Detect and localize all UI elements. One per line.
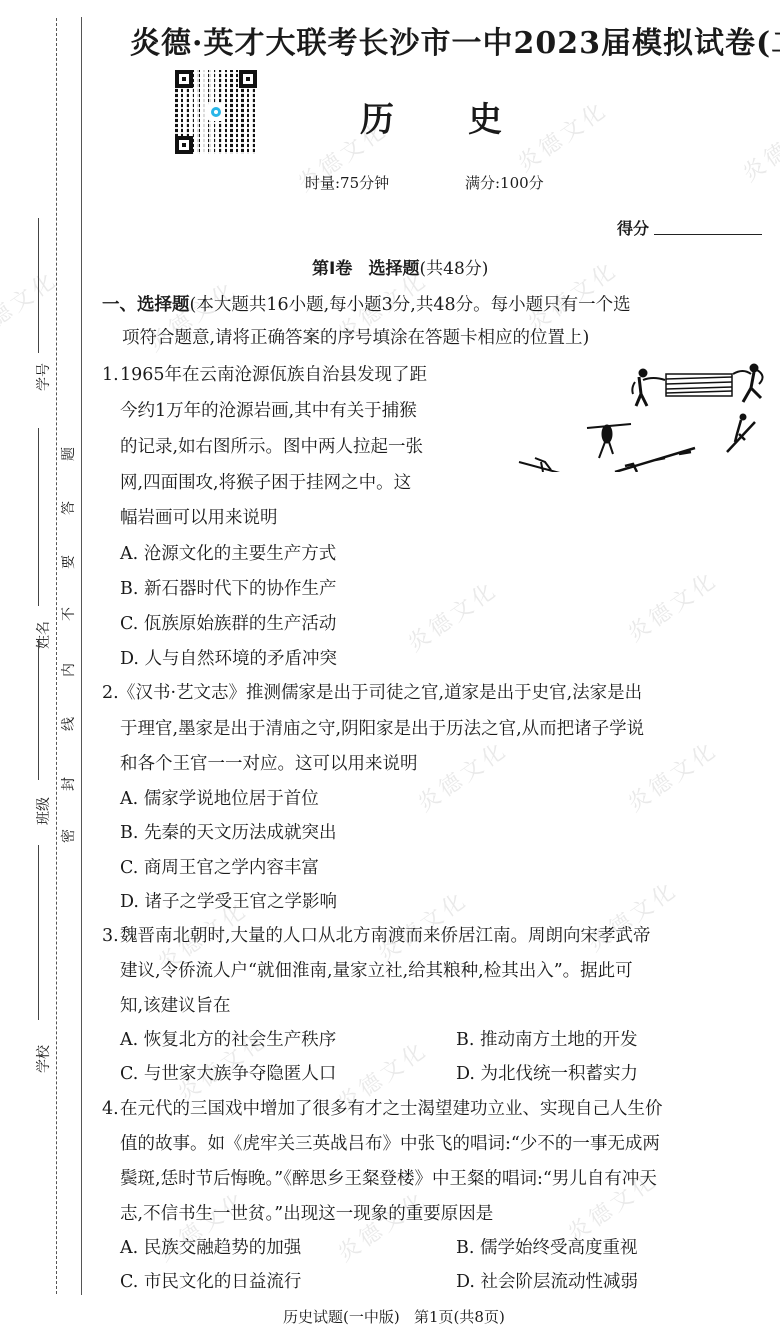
question-number: 1. — [102, 359, 119, 392]
student-id-label: 学号 — [37, 357, 51, 397]
margin-border-line — [81, 17, 82, 1295]
seal-note-char: 不 — [58, 603, 78, 625]
option-a[interactable]: A. 儒家学说地位居于首位 — [120, 783, 319, 816]
option-d[interactable]: D. 为北伐统一积蓄实力 — [456, 1058, 638, 1091]
question-text-line: 值的故事。如《虎牢关三英战吕布》中张飞的唱词:“少不的一事无成两 — [120, 1128, 660, 1161]
question-text-line: 和各个王官一一对应。这可以用来说明 — [120, 748, 418, 781]
option-c[interactable]: C. 市民文化的日益流行 — [120, 1266, 301, 1299]
option-b[interactable]: B. 儒学始终受高度重视 — [456, 1232, 638, 1265]
section-part: 第Ⅰ卷 — [312, 259, 352, 279]
subject-title-char-2: 史 — [468, 92, 502, 141]
class-line[interactable] — [38, 640, 39, 780]
watermark: 炎德文化 — [621, 563, 724, 648]
seal-note-char: 要 — [58, 551, 78, 573]
exam-duration: 时量:75分钟 — [305, 172, 389, 193]
seal-note-char: 封 — [58, 773, 78, 795]
question-text-line: 网,四面围攻,将猴子困于挂网之中。这 — [120, 467, 411, 500]
question-number: 2. — [102, 677, 119, 710]
option-a[interactable]: A. 民族交融趋势的加强 — [120, 1232, 301, 1265]
question-text-line: 幅岩画可以用来说明 — [120, 502, 278, 535]
watermark: 炎德文化 — [736, 103, 780, 188]
name-line[interactable] — [38, 428, 39, 606]
section-name: 选择题 — [369, 259, 420, 279]
question-text-line: 的记录,如右图所示。图中两人拉起一张 — [120, 431, 423, 464]
subject-title-char-1: 历 — [360, 92, 394, 141]
question-text-line: 知,该建议旨在 — [120, 990, 231, 1023]
option-d[interactable]: D. 社会阶层流动性减弱 — [456, 1266, 638, 1299]
question-text-line: 建议,令侨流人户“就佃淮南,量家立社,给其粮种,检其出入”。据此可 — [120, 955, 633, 988]
seal-note-char: 线 — [58, 713, 78, 735]
exam-title: 炎德·英才大联考长沙市一中2023届模拟试卷(二) — [130, 18, 730, 62]
option-d[interactable]: D. 人与自然环境的矛盾冲突 — [120, 643, 337, 676]
watermark: 炎德文化 — [511, 93, 614, 178]
name-label: 姓名 — [37, 615, 51, 655]
school-line[interactable] — [38, 845, 39, 1020]
section-points: (共48分) — [420, 259, 489, 279]
score-input-line[interactable] — [654, 234, 762, 235]
question-number: 3. — [102, 920, 119, 953]
option-b[interactable]: B. 新石器时代下的协作生产 — [120, 573, 337, 606]
option-b[interactable]: B. 推动南方土地的开发 — [456, 1024, 638, 1057]
instructions-line-1: (本大题共16小题,每小题3分,共48分。每小题只有一个选 — [190, 295, 631, 315]
question-text-line: 鬓斑,恁时节后悔晚。”《醉思乡王粲登楼》中王粲的唱词:“男儿自有冲天 — [120, 1163, 657, 1196]
school-label: 学校 — [37, 1039, 51, 1079]
app-logo-icon — [207, 103, 225, 121]
full-score: 满分:100分 — [465, 172, 544, 193]
qr-code-icon[interactable] — [175, 70, 257, 154]
question-text-line: 魏晋南北朝时,大量的人口从北方南渡而来侨居江南。周朗向宋孝武帝 — [120, 920, 651, 953]
question-number: 4. — [102, 1093, 119, 1126]
option-a[interactable]: A. 沧源文化的主要生产方式 — [120, 538, 336, 571]
option-c[interactable]: C. 佤族原始族群的生产活动 — [120, 608, 336, 641]
question-text-line: 《汉书·艺文志》推测儒家是出于司徒之官,道家是出于史官,法家是出 — [118, 677, 642, 710]
section-instructions: 一、选择题(本大题共16小题,每小题3分,共48分。每小题只有一个选 — [102, 289, 631, 322]
question-text-line: 在元代的三国戏中增加了很多有才之士渴望建功立业、实现自己人生价 — [120, 1093, 663, 1126]
section-heading: 一、选择题 — [102, 295, 190, 315]
question-text-line: 于理官,墨家是出于清庙之守,阴阳家是出于历法之官,从而把诸子学说 — [120, 713, 644, 746]
option-b[interactable]: B. 先秦的天文历法成就突出 — [120, 817, 337, 850]
class-label: 班级 — [37, 791, 51, 831]
seal-note-char: 密 — [58, 825, 78, 847]
question-text-line: 今约1万年的沧源岩画,其中有关于捕猴 — [120, 395, 417, 428]
question-text-line: 1965年在云南沧源佤族自治县发现了距 — [120, 359, 427, 392]
page-footer: 历史试题(一中版) 第1页(共8页) — [283, 1306, 505, 1327]
seal-note-char: 内 — [58, 659, 78, 681]
question-text-line: 志,不信书生一世贫。”出现这一现象的重要原因是 — [120, 1198, 493, 1231]
section-title: 第Ⅰ卷 选择题(共48分) — [312, 254, 488, 279]
watermark: 炎德文化 — [401, 573, 504, 658]
rock-painting-figure — [515, 362, 765, 472]
option-a[interactable]: A. 恢复北方的社会生产秩序 — [120, 1024, 336, 1057]
student-id-line[interactable] — [38, 218, 39, 353]
instructions-line-2: 项符合题意,请将正确答案的序号填涂在答题卡相应的位置上) — [122, 322, 589, 355]
option-c[interactable]: C. 与世家大族争夺隐匿人口 — [120, 1058, 336, 1091]
option-d[interactable]: D. 诸子之学受王官之学影响 — [120, 886, 337, 919]
score-label: 得分 — [617, 216, 649, 239]
option-c[interactable]: C. 商周王官之学内容丰富 — [120, 852, 319, 885]
seal-note-char: 题 — [58, 443, 78, 465]
fold-dashed-line — [56, 18, 57, 1294]
watermark: 炎德文化 — [0, 263, 64, 348]
seal-note-char: 答 — [58, 497, 78, 519]
